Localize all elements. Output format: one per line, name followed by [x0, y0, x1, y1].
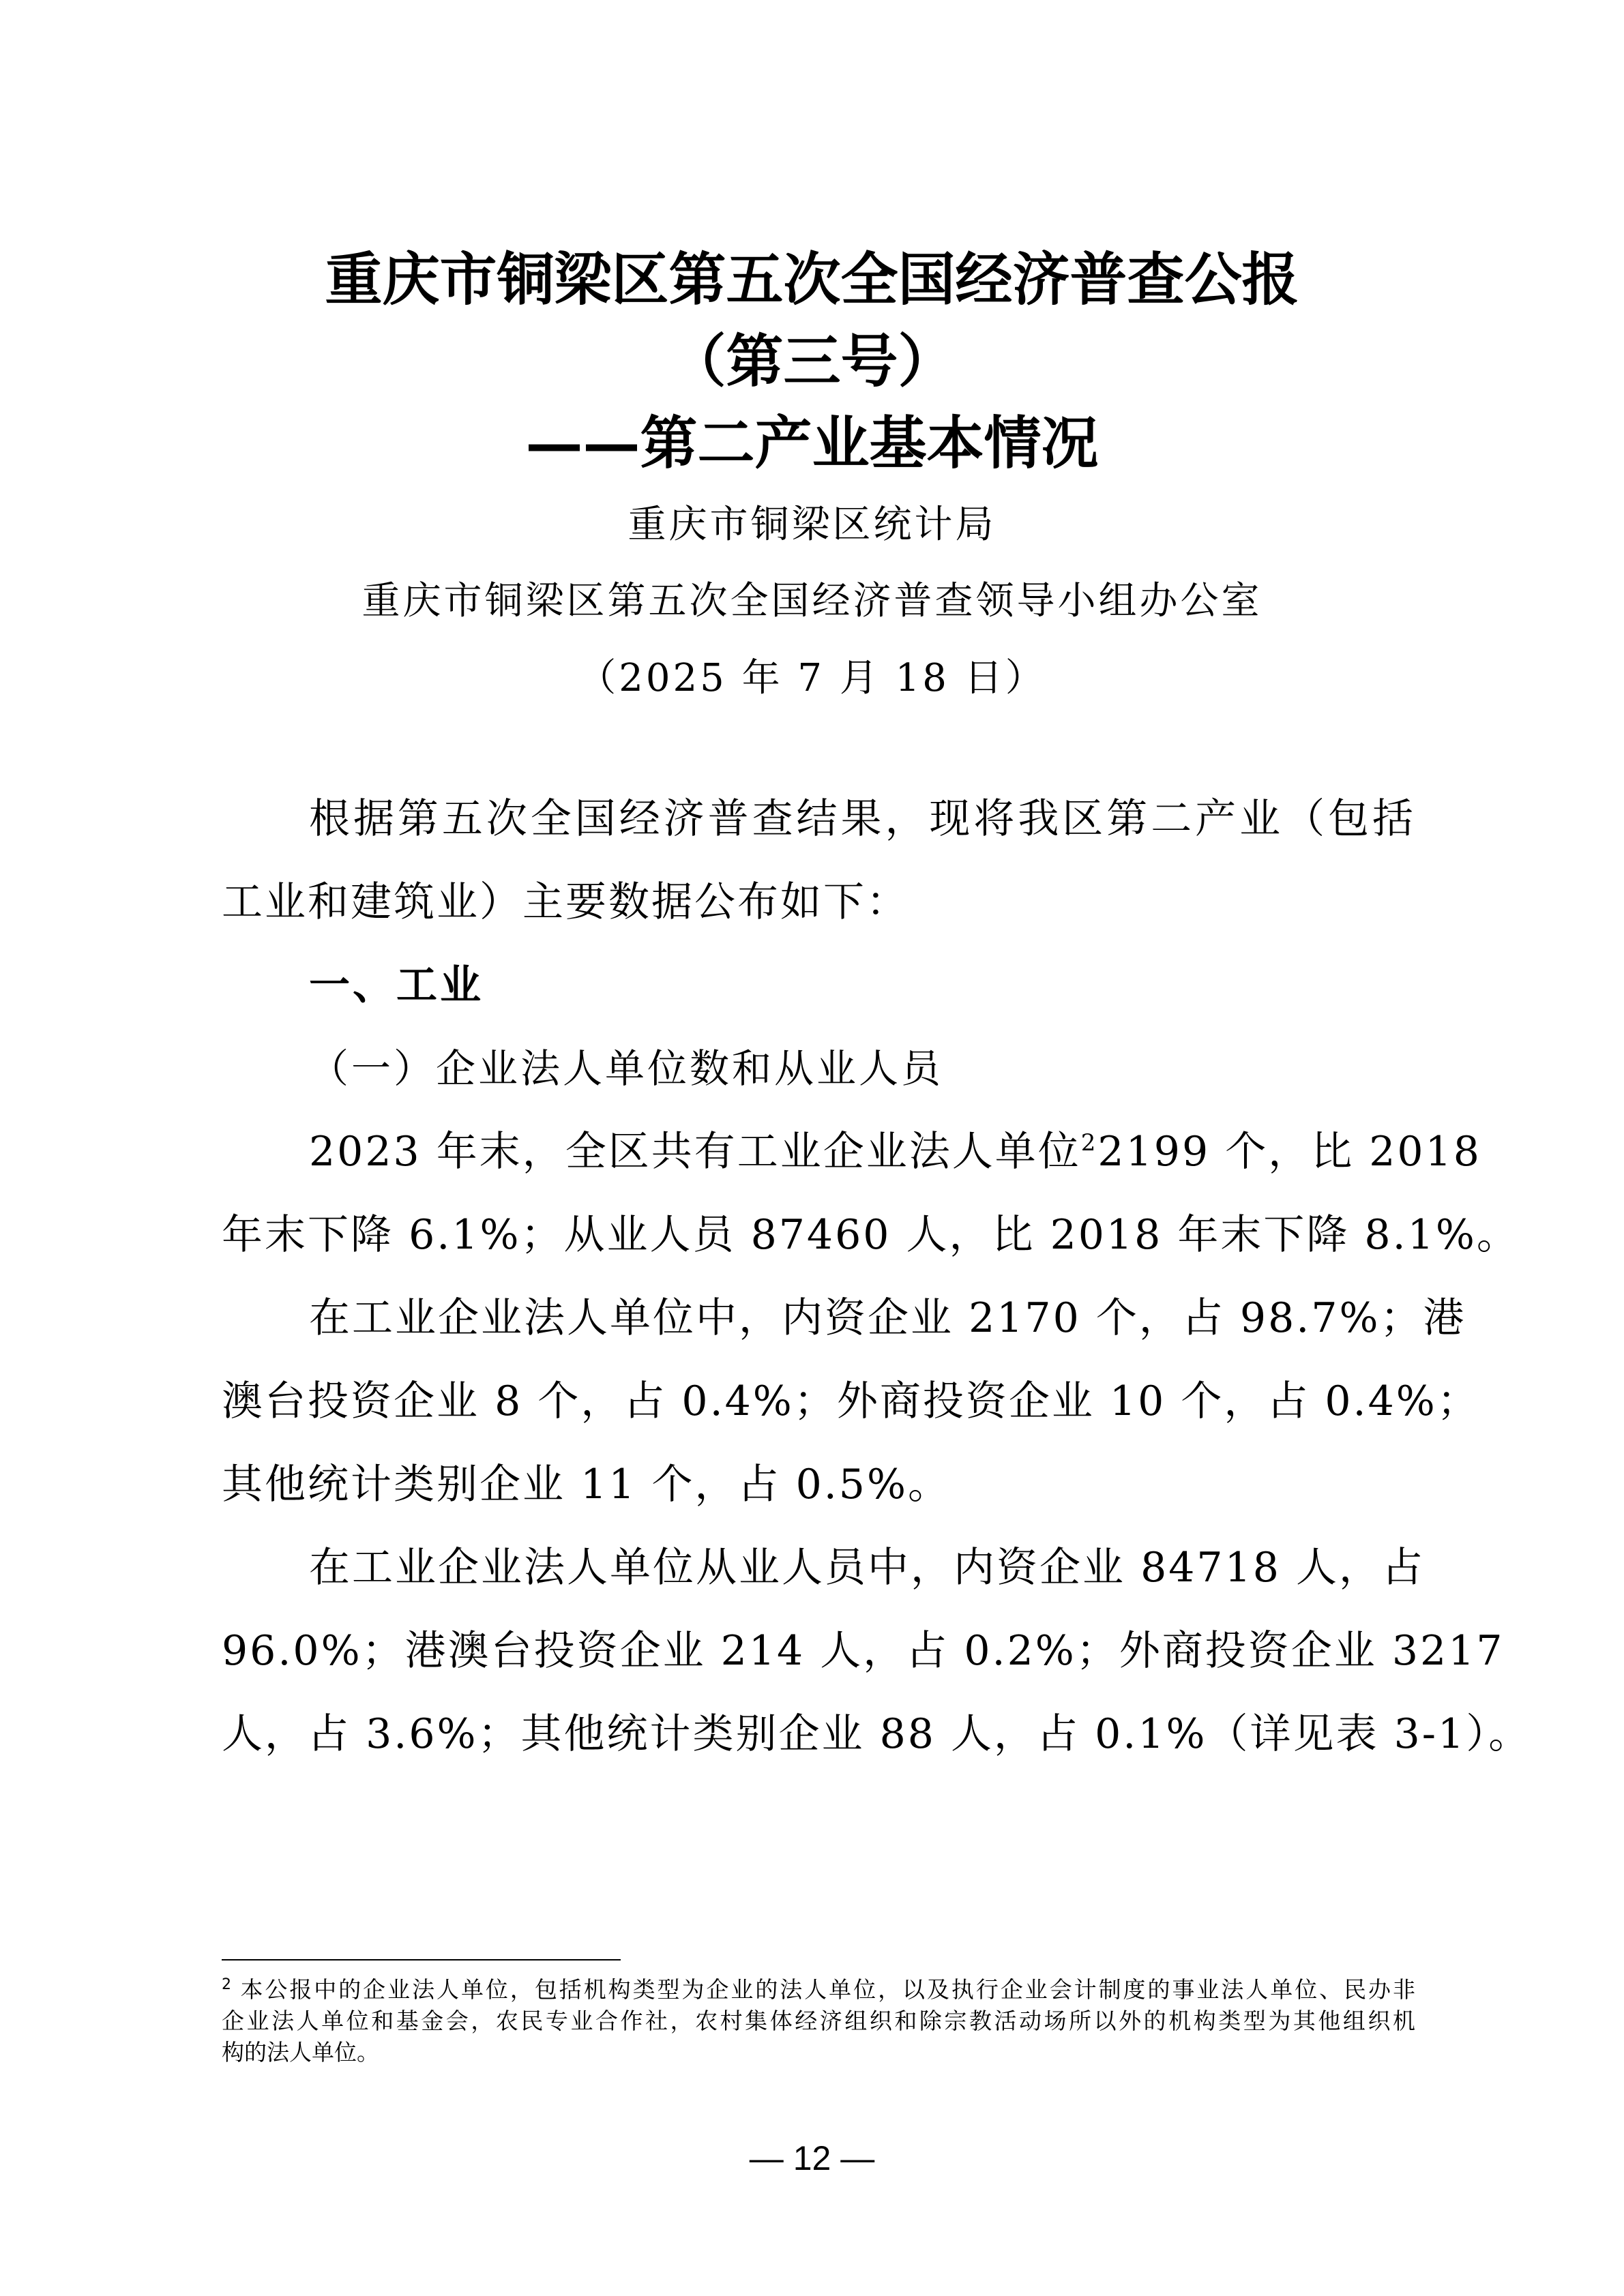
document-title-line1: 重庆市铜梁区第五次全国经济普查公报	[0, 239, 1624, 320]
para2-line-2: 澳台投资企业 8 个，占 0.4%；外商投资企业 10 个，占 0.4%；	[222, 1360, 1415, 1443]
page-number: — 12 —	[0, 2134, 1624, 2182]
subsection-heading-units-employees: （一）企业法人单位数和从业人员	[309, 1027, 943, 1110]
issuer-statistics-bureau: 重庆市铜梁区统计局	[0, 488, 1624, 563]
intro-line-2: 工业和建筑业）主要数据公布如下：	[222, 861, 1415, 944]
footnote-line-2: 企业法人单位和基金会，农民专业合作社，农村集体经济组织和除宗教活动场所以外的机构…	[222, 2006, 1415, 2037]
footnote-marker: 2	[222, 1976, 231, 1993]
para2-line-1: 在工业企业法人单位中，内资企业 2170 个，占 98.7%；港	[309, 1277, 1415, 1360]
document-title-issue-number: （第三号）	[0, 320, 1624, 402]
para3-line-3: 人，占 3.6%；其他统计类别企业 88 人，占 0.1%（详见表 3-1）。	[222, 1693, 1415, 1776]
footnote-line-1-text: 本公报中的企业法人单位，包括机构类型为企业的法人单位，以及执行企业会计制度的事业…	[231, 1976, 1415, 2003]
publish-date: （2025 年 7 月 18 日）	[0, 641, 1624, 716]
para1-line-2: 年末下降 6.1%；从业人员 87460 人，比 2018 年末下降 8.1%。	[222, 1193, 1415, 1277]
intro-line-1: 根据第五次全国经济普查结果，现将我区第二产业（包括	[309, 777, 1415, 861]
document-subtitle: ——第二产业基本情况	[0, 402, 1624, 484]
footnote-ref[interactable]: 2	[1081, 1129, 1098, 1157]
footnote-line-1: 2 本公报中的企业法人单位，包括机构类型为企业的法人单位，以及执行企业会计制度的…	[222, 1974, 1415, 2006]
document-page: 重庆市铜梁区第五次全国经济普查公报 （第三号） ——第二产业基本情况 重庆市铜梁…	[0, 0, 1624, 2296]
footnote-line-3: 构的法人单位。	[222, 2037, 1415, 2068]
para1-line-1-post: 2199 个，比 2018	[1097, 1128, 1481, 1176]
para1-line-1: 2023 年末，全区共有工业企业法人单位22199 个，比 2018	[309, 1110, 1415, 1193]
para1-line-1-pre: 2023 年末，全区共有工业企业法人单位	[309, 1128, 1081, 1176]
footnote-separator	[222, 1959, 621, 1960]
issuer-census-office: 重庆市铜梁区第五次全国经济普查领导小组办公室	[0, 564, 1624, 639]
para3-line-1: 在工业企业法人单位从业人员中，内资企业 84718 人，占	[309, 1526, 1415, 1609]
para2-line-3: 其他统计类别企业 11 个，占 0.5%。	[222, 1443, 1415, 1526]
section-heading-industry: 一、工业	[309, 944, 484, 1027]
para3-line-2: 96.0%；港澳台投资企业 214 人，占 0.2%；外商投资企业 3217	[222, 1609, 1415, 1693]
